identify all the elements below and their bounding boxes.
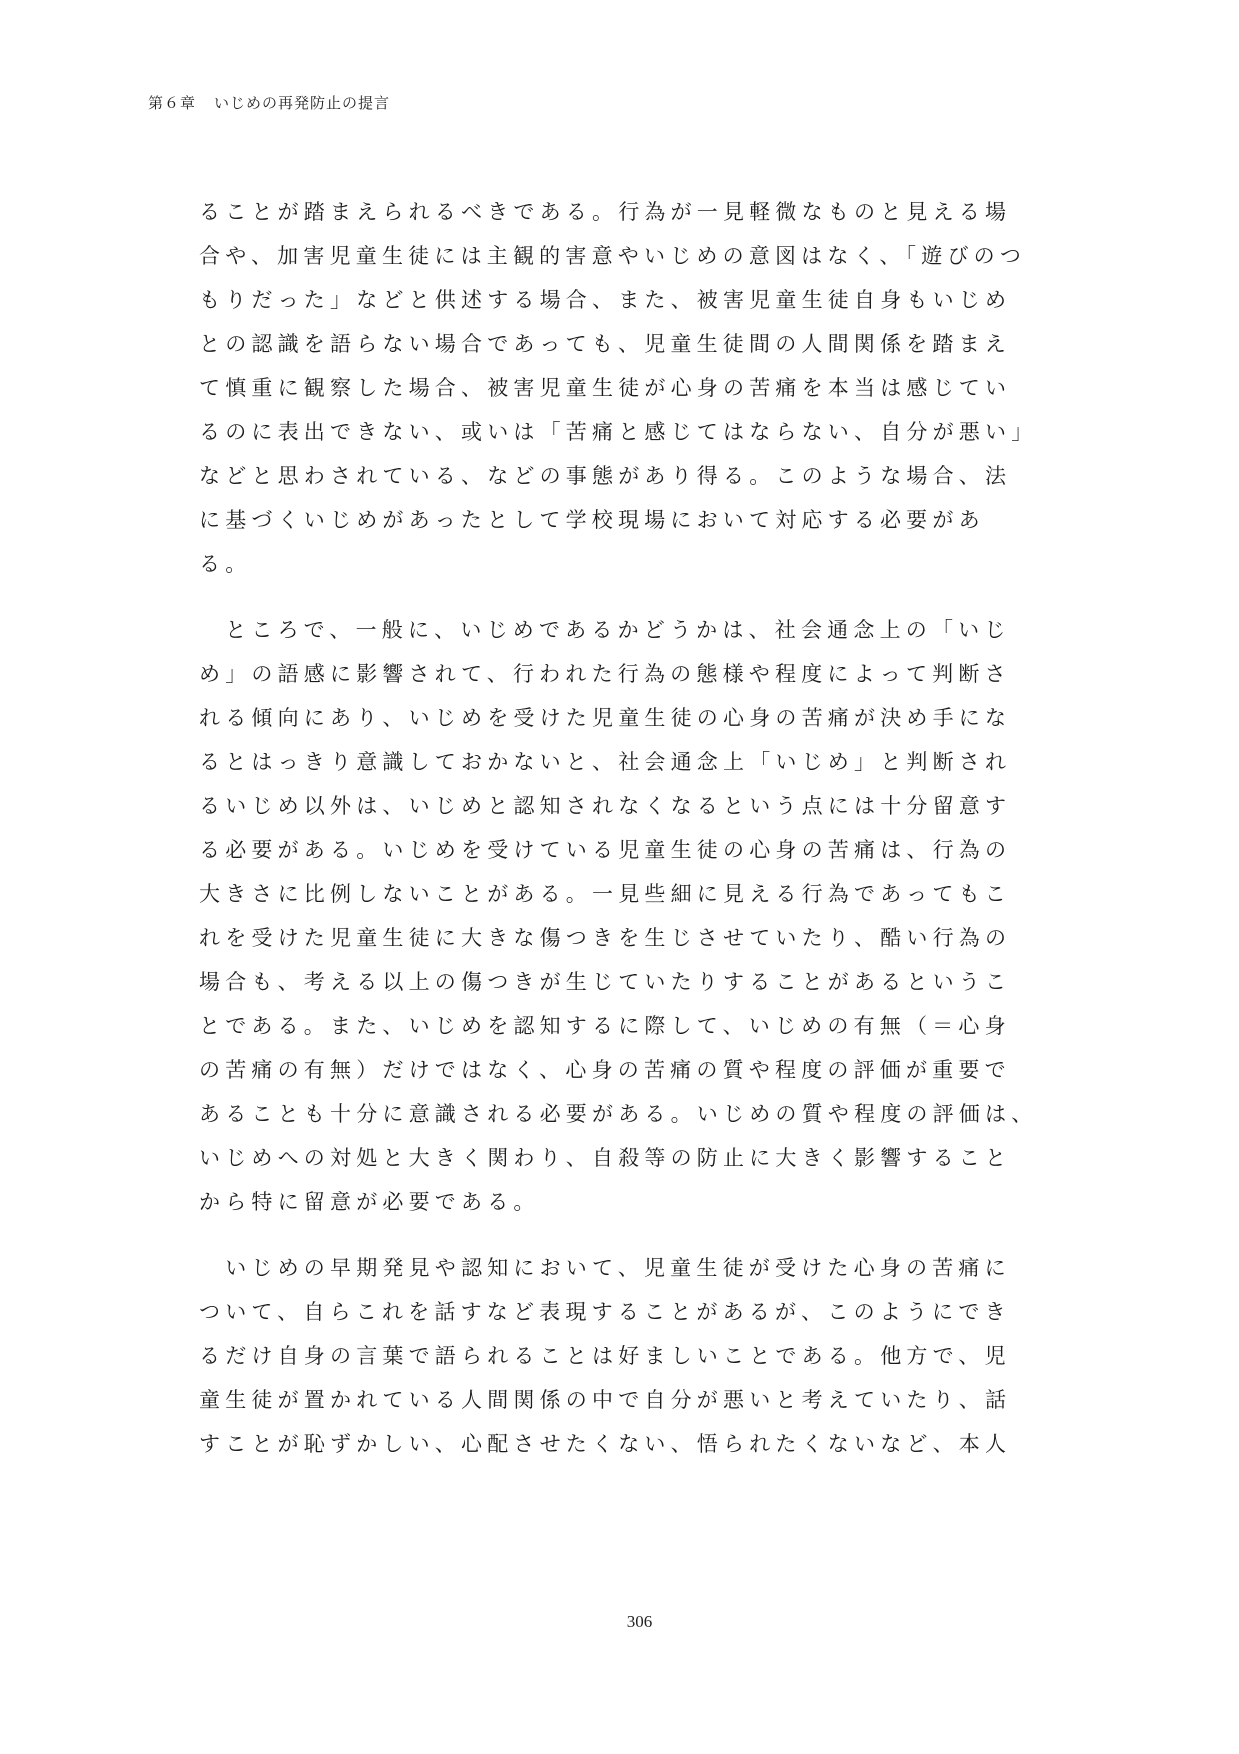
text-line: もりだった」などと供述する場合、また、被害児童生徒自身もいじめ: [199, 278, 999, 322]
text-line: ついて、自らこれを話すなど表現することがあるが、このようにでき: [199, 1290, 999, 1334]
text-line: ところで、一般に、いじめであるかどうかは、社会通念上の「いじ: [199, 608, 999, 652]
paragraph-spacer: [199, 586, 999, 608]
chapter-label: 第６章: [148, 94, 196, 112]
text-line: いじめの早期発見や認知において、児童生徒が受けた心身の苦痛に: [199, 1246, 999, 1290]
paragraph: いじめの早期発見や認知において、児童生徒が受けた心身の苦痛に ついて、自らこれを…: [199, 1246, 999, 1466]
text-line: とである。また、いじめを認知するに際して、いじめの有無（＝心身: [199, 1004, 999, 1048]
text-line: の苦痛の有無）だけではなく、心身の苦痛の質や程度の評価が重要で: [199, 1048, 999, 1092]
text-line: め」の語感に影響されて、行われた行為の態様や程度によって判断さ: [199, 652, 999, 696]
text-line: るとはっきり意識しておかないと、社会通念上「いじめ」と判断され: [199, 740, 999, 784]
body-text: ることが踏まえられるべきである。行為が一見軽微なものと見える場 合や、加害児童生…: [199, 190, 999, 1466]
paragraph-spacer: [199, 1224, 999, 1246]
text-line: て慎重に観察した場合、被害児童生徒が心身の苦痛を本当は感じてい: [199, 366, 999, 410]
text-line: 場合も、考える以上の傷つきが生じていたりすることがあるというこ: [199, 960, 999, 1004]
text-line: れる傾向にあり、いじめを受けた児童生徒の心身の苦痛が決め手にな: [199, 696, 999, 740]
text-line: るだけ自身の言葉で語られることは好ましいことである。他方で、児: [199, 1334, 999, 1378]
running-header: 第６章いじめの再発防止の提言: [148, 92, 390, 113]
text-line: 童生徒が置かれている人間関係の中で自分が悪いと考えていたり、話: [199, 1378, 999, 1422]
text-line: る。: [199, 542, 999, 586]
text-line: すことが恥ずかしい、心配させたくない、悟られたくないなど、本人: [199, 1422, 999, 1466]
text-line: いじめへの対処と大きく関わり、自殺等の防止に大きく影響すること: [199, 1136, 999, 1180]
text-line: に基づくいじめがあったとして学校現場において対応する必要があ: [199, 498, 999, 542]
text-line: れを受けた児童生徒に大きな傷つきを生じさせていたり、酷い行為の: [199, 916, 999, 960]
text-line: 合や、加害児童生徒には主観的害意やいじめの意図はなく、「遊びのつ: [199, 234, 999, 278]
chapter-title: いじめの再発防止の提言: [214, 94, 390, 112]
text-line: などと思わされている、などの事態があり得る。このような場合、法: [199, 454, 999, 498]
text-line: ることが踏まえられるべきである。行為が一見軽微なものと見える場: [199, 190, 999, 234]
text-line: から特に留意が必要である。: [199, 1180, 999, 1224]
document-page: 第６章いじめの再発防止の提言 ることが踏まえられるべきである。行為が一見軽微なも…: [0, 0, 1239, 1754]
text-line: あることも十分に意識される必要がある。いじめの質や程度の評価は、: [199, 1092, 999, 1136]
paragraph: ることが踏まえられるべきである。行為が一見軽微なものと見える場 合や、加害児童生…: [199, 190, 999, 586]
text-line: るいじめ以外は、いじめと認知されなくなるという点には十分留意す: [199, 784, 999, 828]
text-line: るのに表出できない、或いは「苦痛と感じてはならない、自分が悪い」: [199, 410, 999, 454]
page-number: 306: [0, 1612, 1239, 1632]
text-line: 大きさに比例しないことがある。一見些細に見える行為であってもこ: [199, 872, 999, 916]
paragraph: ところで、一般に、いじめであるかどうかは、社会通念上の「いじ め」の語感に影響さ…: [199, 608, 999, 1224]
text-line: る必要がある。いじめを受けている児童生徒の心身の苦痛は、行為の: [199, 828, 999, 872]
text-line: との認識を語らない場合であっても、児童生徒間の人間関係を踏まえ: [199, 322, 999, 366]
